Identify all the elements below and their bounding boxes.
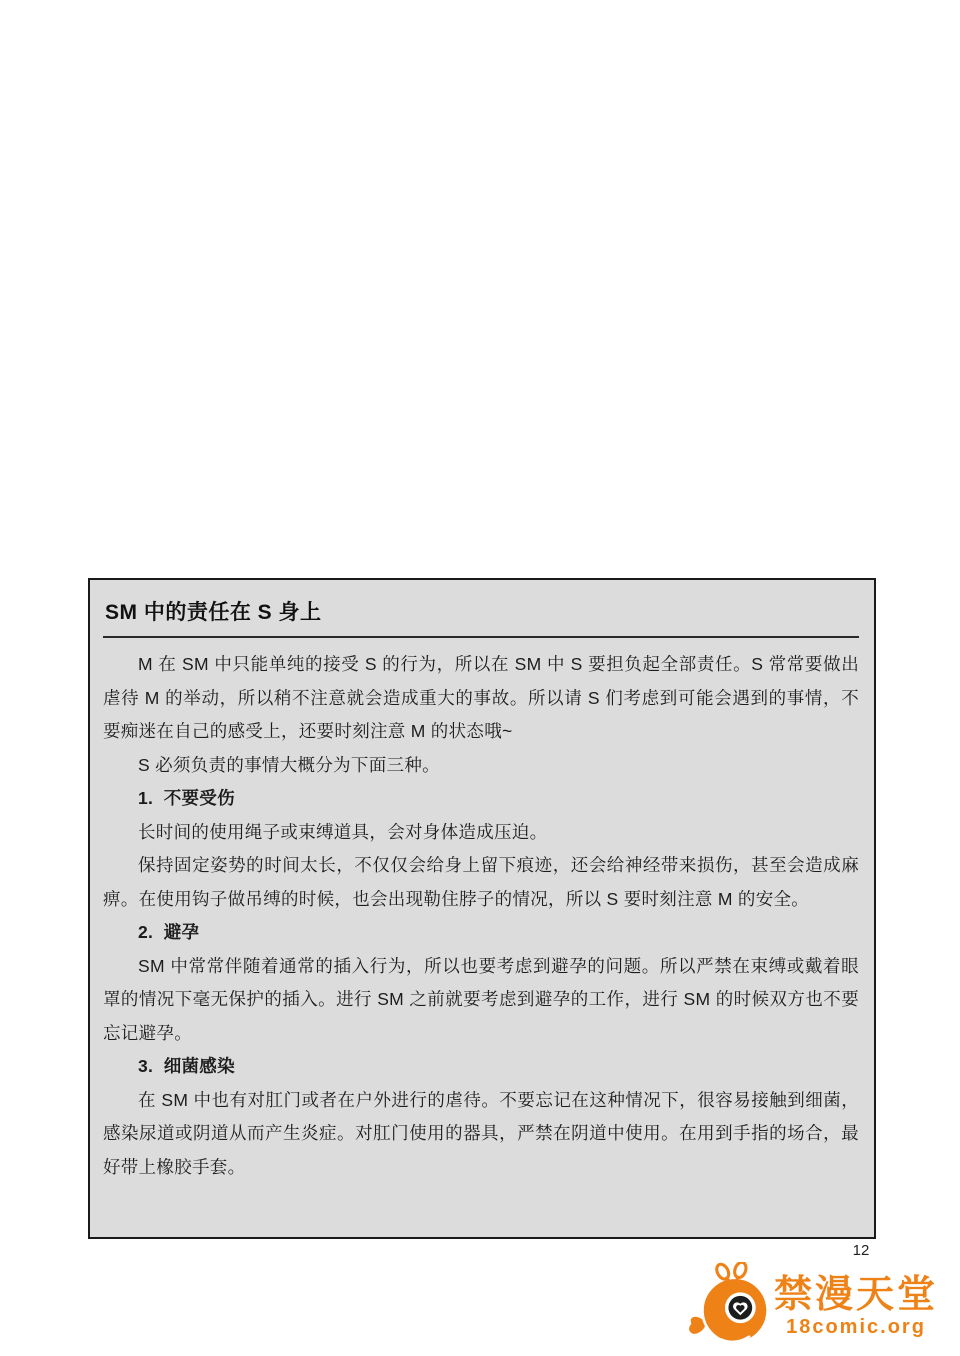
list-item-number: 2. [138, 922, 153, 942]
list-item-label: 避孕 [164, 922, 200, 942]
paragraph: M 在 SM 中只能单纯的接受 S 的行为，所以在 SM 中 S 要担负起全部责… [103, 648, 859, 749]
paragraph: 在 SM 中也有对肛门或者在户外进行的虐待。不要忘记在这种情况下，很容易接触到细… [103, 1084, 859, 1185]
list-item-heading: 2.避孕 [103, 916, 859, 950]
watermark-site-url: 18comic.org [786, 1316, 926, 1338]
paragraph: 长时间的使用绳子或束缚道具，会对身体造成压迫。 [103, 816, 859, 850]
content-box: SM 中的责任在 S 身上 M 在 SM 中只能单纯的接受 S 的行为，所以在 … [88, 578, 876, 1239]
title-divider [103, 636, 859, 638]
section-title: SM 中的责任在 S 身上 [103, 598, 859, 628]
list-item-label: 细菌感染 [164, 1056, 235, 1076]
watermark-logo: 禁漫天堂 18comic.org [684, 1262, 938, 1350]
paragraph: S 必须负责的事情大概分为下面三种。 [103, 749, 859, 783]
orange-whale-mascot-icon [684, 1262, 772, 1350]
paragraph: SM 中常常伴随着通常的插入行为，所以也要考虑到避孕的问题。所以严禁在束缚或戴着… [103, 950, 859, 1051]
list-item-label: 不要受伤 [164, 788, 235, 808]
list-item-number: 3. [138, 1056, 153, 1076]
list-item-heading: 1.不要受伤 [103, 782, 859, 816]
paragraph: 保持固定姿势的时间太长，不仅仅会给身上留下痕迹，还会给神经带来损伤，甚至会造成麻… [103, 849, 859, 916]
watermark-brand: 禁漫天堂 [774, 1275, 938, 1315]
list-item-number: 1. [138, 788, 153, 808]
page-number: 12 [846, 1242, 876, 1259]
list-item-heading: 3.细菌感染 [103, 1050, 859, 1084]
watermark-text: 禁漫天堂 18comic.org [774, 1275, 938, 1338]
